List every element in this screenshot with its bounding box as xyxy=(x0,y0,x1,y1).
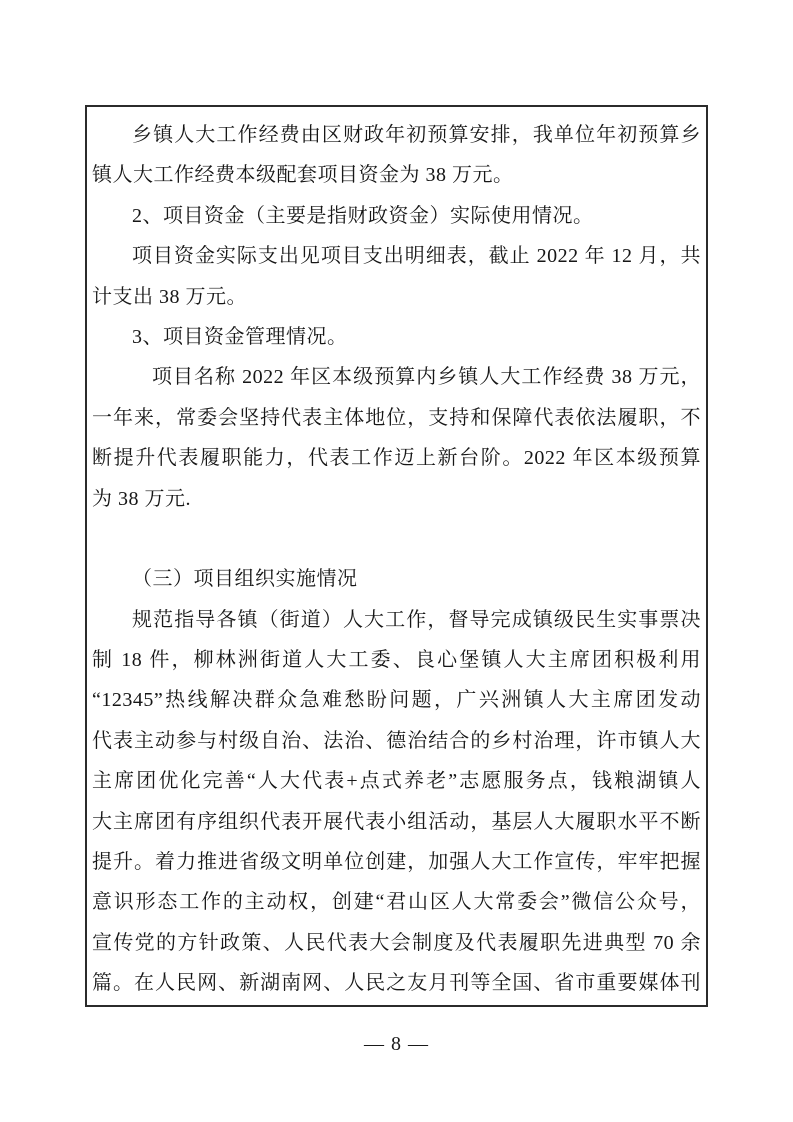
page-footer: — 8 — xyxy=(0,1033,793,1056)
page-border-frame: 乡镇人大工作经费由区财政年初预算安排，我单位年初预算乡镇人大工作经费本级配套项目… xyxy=(85,105,708,1007)
text-line: 一年来，常委会坚持代表主体地位，支持和保障代表依法履职，不 xyxy=(92,398,701,438)
text-line: 意识形态工作的主动权，创建“君山区人大常委会”微信公众号， xyxy=(92,882,701,922)
page-number: — 8 — xyxy=(364,1033,429,1055)
text-line: 宣传党的方针政策、人民代表大会制度及代表履职先进典型 70 余 xyxy=(92,923,701,963)
text-line xyxy=(92,519,701,559)
text-line: 项目名称 2022 年区本级预算内乡镇人大工作经费 38 万元， xyxy=(92,357,701,397)
text-line: 主席团优化完善“人大代表+点式养老”志愿服务点，钱粮湖镇人 xyxy=(92,761,701,801)
text-line: 代表主动参与村级自治、法治、德治结合的乡村治理，许市镇人大 xyxy=(92,721,701,761)
text-line: 为 38 万元. xyxy=(92,479,701,519)
text-line: 计支出 38 万元。 xyxy=(92,277,701,317)
text-line: 规范指导各镇（街道）人大工作，督导完成镇级民生实事票决 xyxy=(92,600,701,640)
text-line: “12345”热线解决群众急难愁盼问题，广兴洲镇人大主席团发动 xyxy=(92,680,701,720)
document-body: 乡镇人大工作经费由区财政年初预算安排，我单位年初预算乡镇人大工作经费本级配套项目… xyxy=(92,115,701,1004)
text-line: 提升。着力推进省级文明单位创建，加强人大工作宣传，牢牢把握 xyxy=(92,842,701,882)
text-line: 大主席团有序组织代表开展代表小组活动，基层人大履职水平不断 xyxy=(92,802,701,842)
text-line: 断提升代表履职能力，代表工作迈上新台阶。2022 年区本级预算 xyxy=(92,438,701,478)
text-line: 3、项目资金管理情况。 xyxy=(92,317,701,357)
text-line: 2、项目资金（主要是指财政资金）实际使用情况。 xyxy=(92,196,701,236)
text-line: （三）项目组织实施情况 xyxy=(92,559,701,599)
text-line: 项目资金实际支出见项目支出明细表，截止 2022 年 12 月，共 xyxy=(92,236,701,276)
text-line: 制 18 件，柳林洲街道人大工委、良心堡镇人大主席团积极利用 xyxy=(92,640,701,680)
text-line: 镇人大工作经费本级配套项目资金为 38 万元。 xyxy=(92,155,701,195)
text-line: 篇。在人民网、新湖南网、人民之友月刊等全国、省市重要媒体刊 xyxy=(92,963,701,1003)
text-line: 乡镇人大工作经费由区财政年初预算安排，我单位年初预算乡 xyxy=(92,115,701,155)
